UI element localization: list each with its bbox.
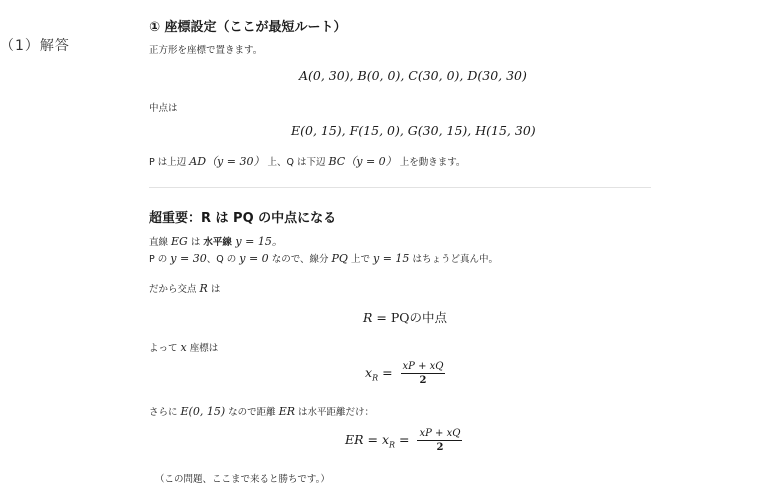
answer-label: （1）解答	[0, 35, 70, 55]
x-coordinate-intro: よって x 座標は	[149, 340, 218, 354]
r-midpoint-formula: R = PQの中点	[363, 308, 447, 326]
midpoints-formula: E(0, 15), F(15, 0), G(30, 15), H(15, 30)	[291, 123, 536, 138]
section-divider	[149, 187, 651, 188]
section-heading-coordinates: ① 座標設定（ここが最短ルート）	[149, 16, 347, 35]
xr-formula: xR = xP + xQ2	[365, 361, 445, 386]
er-formula: ER = xR = xP + xQ2	[345, 428, 462, 453]
midpoint-intro: 中点は	[149, 100, 178, 114]
pq-line-text: P の y = 30、Q の y = 0 なので、線分 PQ 上で y = 15…	[149, 251, 498, 265]
vertices-formula: A(0, 30), B(0, 0), C(30, 0), D(30, 30)	[299, 68, 527, 83]
section-heading-midpoint: 超重要：R は PQ の中点になる	[149, 207, 336, 226]
fraction: xP + xQ2	[401, 361, 446, 386]
movement-text: P は上辺 AD（y = 30） 上、Q は下辺 BC（y = 0） 上を動きま…	[149, 153, 465, 169]
eg-line-text: 直線 EG は 水平線 y = 15。	[149, 233, 283, 249]
er-intro: さらに E(0, 15) なので距離 ER は水平距離だけ：	[149, 404, 374, 418]
closing-remark: （この問題、ここまで来ると勝ちです。）	[155, 471, 330, 485]
fraction: xP + xQ2	[417, 428, 462, 453]
intersection-intro: だから交点 R は	[149, 281, 220, 295]
intro-text: 正方形を座標で置きます。	[149, 42, 262, 56]
